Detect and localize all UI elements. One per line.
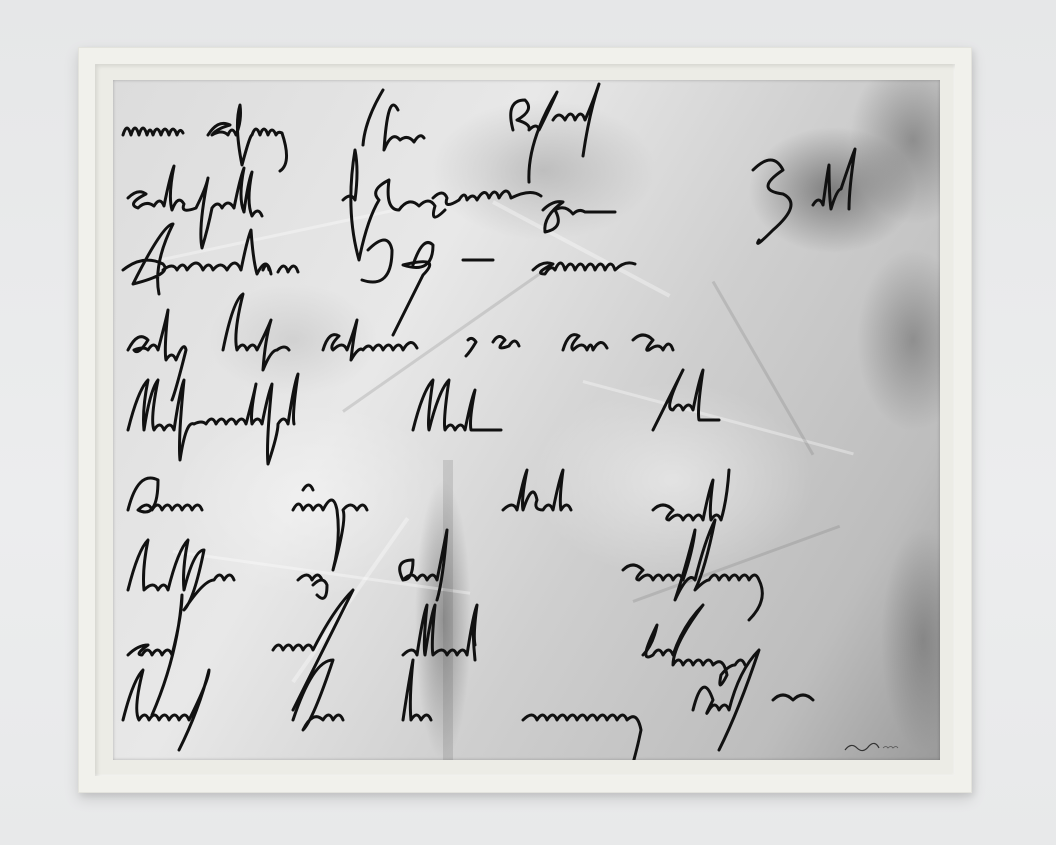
signature-mark: [843, 740, 903, 756]
handwritten-script: [113, 80, 940, 760]
script-line-9: [123, 650, 813, 760]
artwork-print: meine Erfahrung sicher bestätigt erhebli…: [113, 80, 940, 760]
script-line-6: [128, 470, 729, 570]
artist-signature: [843, 740, 903, 759]
script-line-8: [128, 590, 745, 715]
script-line-4: [128, 294, 673, 400]
script-line-5: [128, 370, 719, 464]
script-line-7: [128, 520, 762, 620]
script-line-2: [128, 149, 855, 260]
script-line-1: [123, 84, 599, 182]
